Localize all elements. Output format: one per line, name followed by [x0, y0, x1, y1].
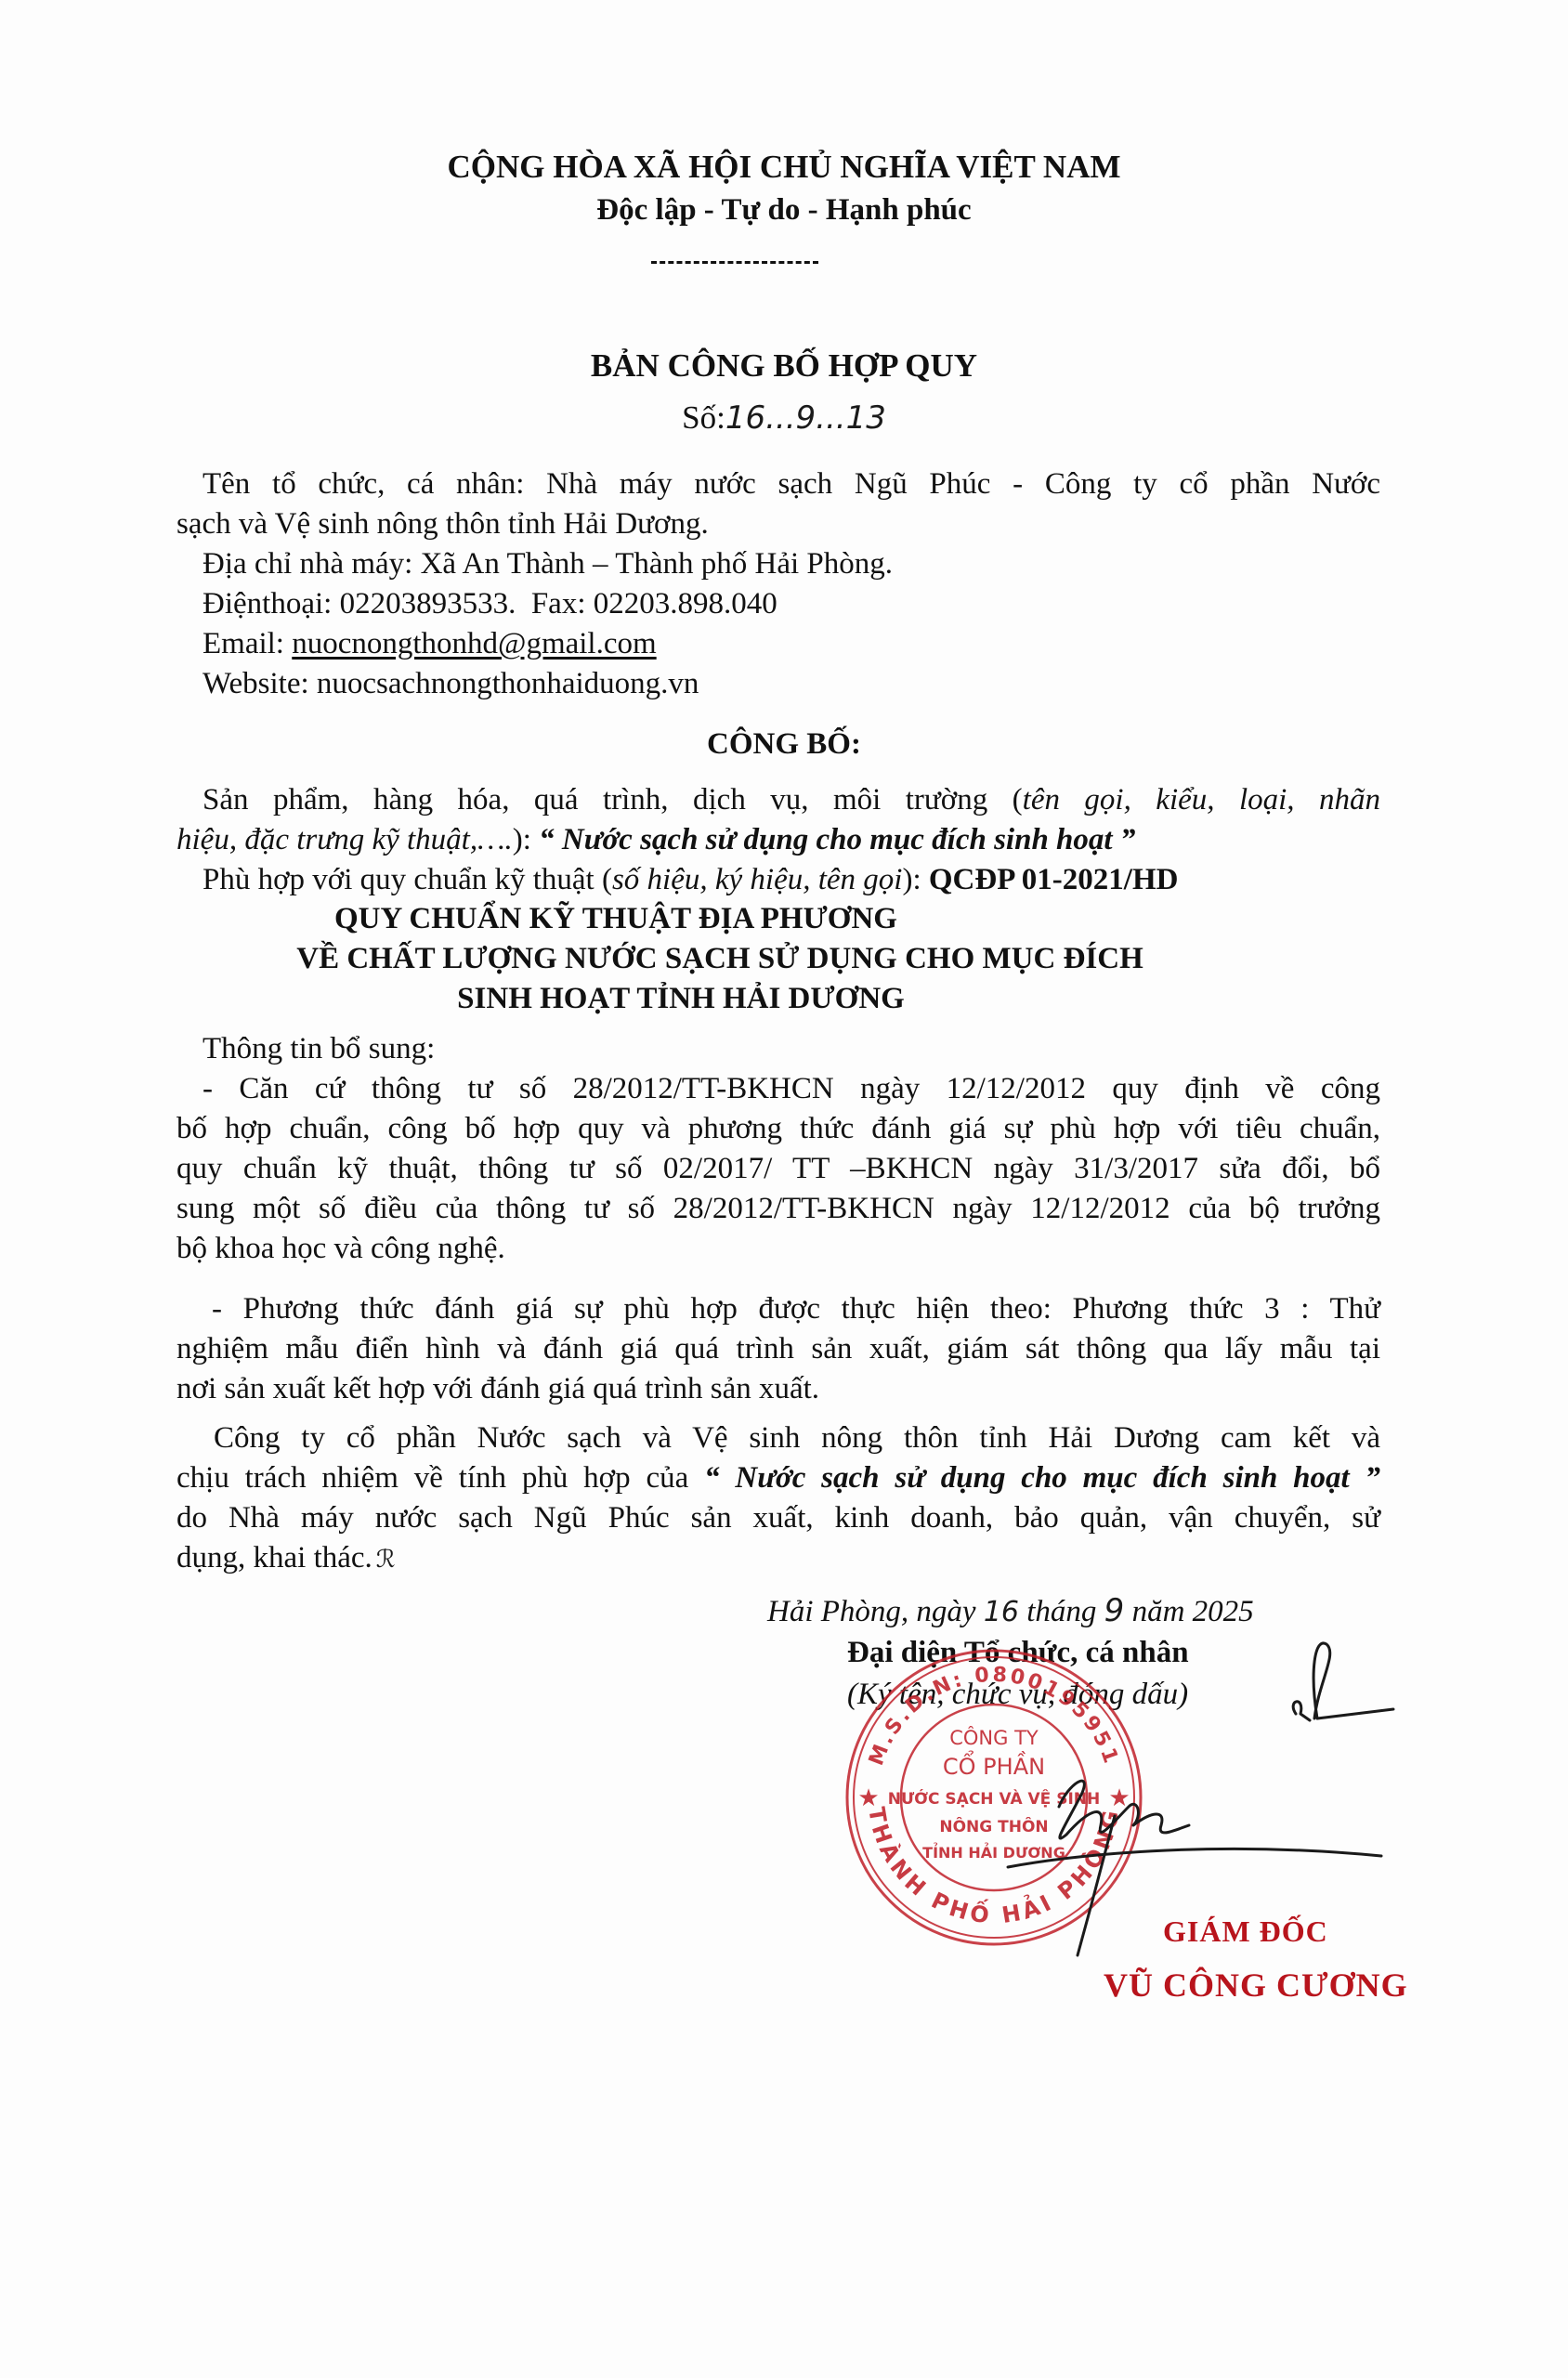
organization-name-line2: sạch và Vệ sinh nông thôn tỉnh Hải Dương… [176, 504, 709, 543]
basis-line3: quy chuẩn kỹ thuật, thông tư số 02/2017/… [176, 1149, 1380, 1188]
phone-number: 02203893533. [340, 587, 516, 621]
commitment-product: “ Nước sạch sử dụng cho mục đích sinh ho… [704, 1461, 1380, 1495]
contact-website: Website: nuocsachnongthonhaiduong.vn [203, 664, 699, 703]
commitment-line2: chịu trách nhiệm về tính phù hợp của “ N… [176, 1458, 1380, 1497]
standard-title-line1: QUY CHUẨN KỸ THUẬT ĐỊA PHƯƠNG [263, 899, 969, 938]
commitment-line3: do Nhà máy nước sạch Ngũ Phúc sản xuất, … [176, 1498, 1380, 1537]
fax-number: 02203.898.040 [594, 587, 777, 621]
organization-name-line1: Tên tổ chức, cá nhân: Nhà máy nước sạch … [203, 464, 1380, 503]
svg-text:★: ★ [1108, 1784, 1130, 1812]
commitment-line1: Công ty cổ phần Nước sạch và Vệ sinh nôn… [214, 1418, 1380, 1457]
initial-mark: ℛ [376, 1546, 396, 1574]
standard-line: Phù hợp với quy chuẩn kỹ thuật (số hiệu,… [203, 860, 1178, 899]
svg-text:TỈNH HẢI DƯƠNG: TỈNH HẢI DƯƠNG [922, 1842, 1065, 1862]
signer-name: VŨ CÔNG CƯƠNG [1104, 1965, 1408, 2006]
national-title: CỘNG HÒA XÃ HỘI CHỦ NGHĨA VIỆT NAM [0, 147, 1568, 188]
document-title: BẢN CÔNG BỐ HỢP QUY [0, 346, 1568, 386]
basis-line1: - Căn cứ thông tư số 28/2012/TT-BKHCN ng… [203, 1069, 1380, 1108]
basis-line5: bộ khoa học và công nghệ. [176, 1229, 505, 1268]
place-date: Hải Phòng, ngày 16 tháng 9 năm 2025 [767, 1591, 1254, 1632]
svg-text:NÔNG THÔN: NÔNG THÔN [939, 1816, 1048, 1836]
email-link[interactable]: nuocnongthonhd@gmail.com [292, 627, 656, 660]
additional-info-heading: Thông tin bổ sung: [203, 1029, 435, 1068]
date-day: 16 [984, 1596, 1019, 1628]
method-line2: nghiệm mẫu điển hình và đánh giá quá trì… [176, 1329, 1380, 1368]
basis-line4: sung một số điều của thông tư số 28/2012… [176, 1189, 1380, 1228]
website-link[interactable]: nuocsachnongthonhaiduong.vn [317, 667, 699, 700]
svg-text:CỔ PHẦN: CỔ PHẦN [943, 1749, 1045, 1780]
svg-text:CÔNG TY: CÔNG TY [949, 1726, 1039, 1749]
header-separator [651, 261, 818, 264]
svg-text:★: ★ [857, 1784, 879, 1812]
factory-address: Địa chỉ nhà máy: Xã An Thành – Thành phố… [203, 544, 893, 583]
basis-line2: bố hợp chuẩn, công bố hợp quy và phương … [176, 1109, 1380, 1148]
product-line2: hiệu, đặc trưng kỹ thuật,….): “ Nước sạc… [176, 820, 1135, 859]
method-line1: - Phương thức đánh giá sự phù hợp được t… [212, 1289, 1380, 1328]
document-number-value: 16...9...13 [725, 399, 886, 437]
announcement-heading: CÔNG BỐ: [0, 725, 1568, 764]
signer-position: GIÁM ĐỐC [1163, 1912, 1328, 1951]
method-line3: nơi sản xuất kết hợp với đánh giá quá tr… [176, 1369, 819, 1408]
commitment-line4: dụng, khai thác.ℛ [176, 1538, 396, 1579]
svg-text:NƯỚC SẠCH VÀ VỆ SINH: NƯỚC SẠCH VÀ VỆ SINH [888, 1788, 1101, 1809]
standard-code: QCĐP 01-2021/HD [929, 863, 1179, 896]
company-seal: M.S.D.N: 0800195951 THÀNH PHỐ HẢI PHÒNG … [841, 1644, 1147, 1951]
product-line1: Sản phẩm, hàng hóa, quá trình, dịch vụ, … [203, 780, 1380, 819]
product-name: “ Nước sạch sử dụng cho mục đích sinh ho… [539, 823, 1135, 856]
national-motto: Độc lập - Tự do - Hạnh phúc [0, 190, 1568, 229]
contact-phone-fax: Điệnthoại: 02203893533. Fax: 02203.898.0… [203, 584, 777, 623]
document-number: Số:16...9...13 [0, 398, 1568, 438]
standard-title-line2: VỀ CHẤT LƯỢNG NƯỚC SẠCH SỬ DỤNG CHO MỤC … [195, 939, 1245, 978]
contact-email: Email: nuocnongthonhd@gmail.com [203, 624, 657, 663]
document-page: CỘNG HÒA XÃ HỘI CHỦ NGHĨA VIỆT NAM Độc l… [0, 0, 1568, 2378]
document-number-label: Số: [682, 399, 725, 436]
standard-title-line3: SINH HOẠT TỈNH HẢI DƯƠNG [263, 979, 1099, 1018]
date-month: 9 [1104, 1592, 1125, 1629]
